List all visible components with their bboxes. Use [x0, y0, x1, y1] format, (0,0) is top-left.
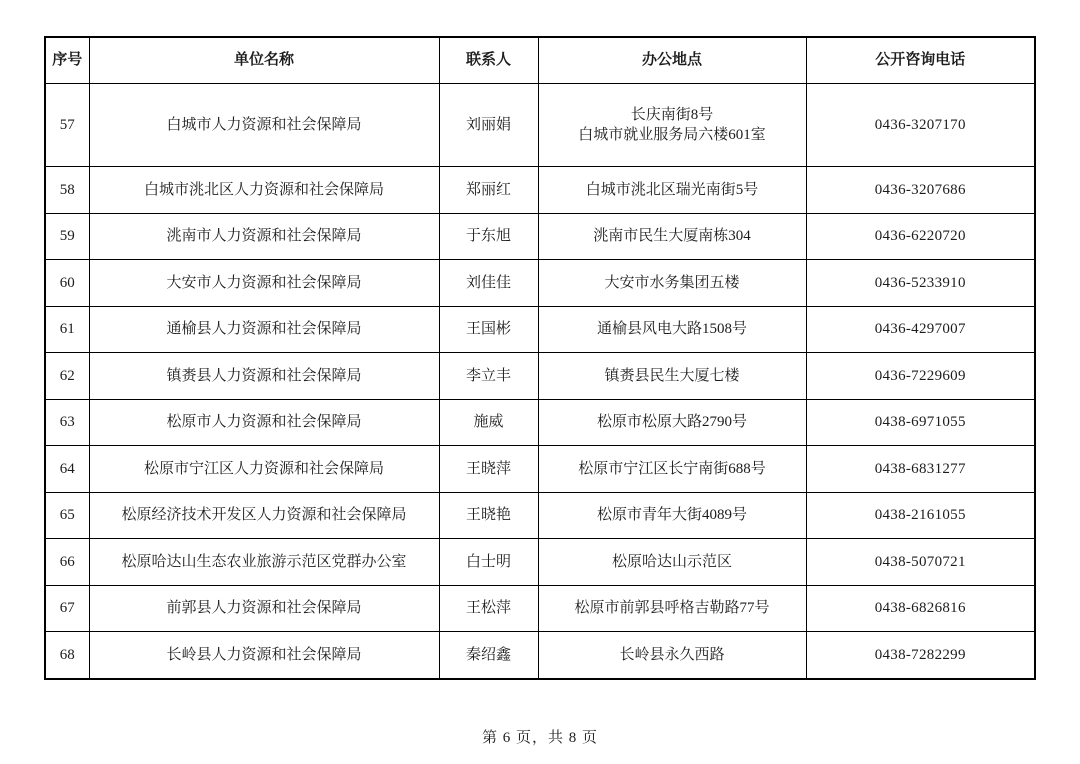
row-no-cell: 61: [45, 306, 89, 352]
table-row: 67前郭县人力资源和社会保障局王松萍松原市前郭县呼格吉勒路77号0438-682…: [45, 585, 1035, 631]
row-no-cell: 65: [45, 492, 89, 538]
contact-person-cell: 王晓艳: [439, 492, 538, 538]
contact-person-cell: 秦绍鑫: [439, 632, 538, 679]
phone-cell: 0438-6826816: [806, 585, 1035, 631]
contact-person-cell: 王晓萍: [439, 446, 538, 492]
office-address-cell: 大安市水务集团五楼: [538, 260, 806, 306]
office-address-cell: 镇赉县民生大厦七楼: [538, 353, 806, 399]
phone-cell: 0436-6220720: [806, 213, 1035, 259]
table-row: 60大安市人力资源和社会保障局刘佳佳大安市水务集团五楼0436-5233910: [45, 260, 1035, 306]
phone-cell: 0436-4297007: [806, 306, 1035, 352]
document-page: 序号 单位名称 联系人 办公地点 公开咨询电话 57白城市人力资源和社会保障局刘…: [0, 0, 1080, 764]
header-no: 序号: [45, 37, 89, 83]
table-row: 63松原市人力资源和社会保障局施威松原市松原大路2790号0438-697105…: [45, 399, 1035, 445]
phone-cell: 0438-6831277: [806, 446, 1035, 492]
contact-person-cell: 施威: [439, 399, 538, 445]
unit-name-cell: 前郭县人力资源和社会保障局: [89, 585, 439, 631]
office-address-cell: 洮南市民生大厦南栋304: [538, 213, 806, 259]
unit-name-cell: 松原经济技术开发区人力资源和社会保障局: [89, 492, 439, 538]
row-no-cell: 57: [45, 83, 89, 167]
contact-person-cell: 王松萍: [439, 585, 538, 631]
office-address-cell: 松原市宁江区长宁南街688号: [538, 446, 806, 492]
office-address-cell: 通榆县风电大路1508号: [538, 306, 806, 352]
phone-cell: 0436-3207170: [806, 83, 1035, 167]
contact-person-cell: 白士明: [439, 539, 538, 585]
office-address-cell: 长岭县永久西路: [538, 632, 806, 679]
contact-directory-table: 序号 单位名称 联系人 办公地点 公开咨询电话 57白城市人力资源和社会保障局刘…: [44, 36, 1036, 680]
table-row: 64松原市宁江区人力资源和社会保障局王晓萍松原市宁江区长宁南街688号0438-…: [45, 446, 1035, 492]
unit-name-cell: 洮南市人力资源和社会保障局: [89, 213, 439, 259]
table-row: 61通榆县人力资源和社会保障局王国彬通榆县风电大路1508号0436-42970…: [45, 306, 1035, 352]
unit-name-cell: 松原哈达山生态农业旅游示范区党群办公室: [89, 539, 439, 585]
row-no-cell: 66: [45, 539, 89, 585]
header-unit-name: 单位名称: [89, 37, 439, 83]
row-no-cell: 68: [45, 632, 89, 679]
office-address-cell: 松原市前郭县呼格吉勒路77号: [538, 585, 806, 631]
header-public-phone: 公开咨询电话: [806, 37, 1035, 83]
row-no-cell: 62: [45, 353, 89, 399]
table-row: 62镇赉县人力资源和社会保障局李立丰镇赉县民生大厦七楼0436-7229609: [45, 353, 1035, 399]
table-header-row: 序号 单位名称 联系人 办公地点 公开咨询电话: [45, 37, 1035, 83]
phone-cell: 0438-2161055: [806, 492, 1035, 538]
office-address-cell: 松原市青年大街4089号: [538, 492, 806, 538]
office-address-cell: 松原哈达山示范区: [538, 539, 806, 585]
row-no-cell: 60: [45, 260, 89, 306]
unit-name-cell: 大安市人力资源和社会保障局: [89, 260, 439, 306]
table-row: 59洮南市人力资源和社会保障局于东旭洮南市民生大厦南栋3040436-62207…: [45, 213, 1035, 259]
phone-cell: 0436-7229609: [806, 353, 1035, 399]
page-number-footer: 第 6 页，共 8 页: [0, 726, 1080, 747]
unit-name-cell: 松原市宁江区人力资源和社会保障局: [89, 446, 439, 492]
contact-person-cell: 郑丽红: [439, 167, 538, 213]
table-row: 57白城市人力资源和社会保障局刘丽娟长庆南街8号白城市就业服务局六楼601室04…: [45, 83, 1035, 167]
contact-person-cell: 刘佳佳: [439, 260, 538, 306]
unit-name-cell: 白城市洮北区人力资源和社会保障局: [89, 167, 439, 213]
row-no-cell: 63: [45, 399, 89, 445]
header-contact-person: 联系人: [439, 37, 538, 83]
phone-cell: 0436-5233910: [806, 260, 1035, 306]
office-address-cell: 松原市松原大路2790号: [538, 399, 806, 445]
row-no-cell: 58: [45, 167, 89, 213]
unit-name-cell: 通榆县人力资源和社会保障局: [89, 306, 439, 352]
unit-name-cell: 白城市人力资源和社会保障局: [89, 83, 439, 167]
table-row: 68长岭县人力资源和社会保障局秦绍鑫长岭县永久西路0438-7282299: [45, 632, 1035, 679]
row-no-cell: 64: [45, 446, 89, 492]
contact-person-cell: 李立丰: [439, 353, 538, 399]
row-no-cell: 59: [45, 213, 89, 259]
office-address-cell: 白城市洮北区瑞光南街5号: [538, 167, 806, 213]
unit-name-cell: 松原市人力资源和社会保障局: [89, 399, 439, 445]
phone-cell: 0438-6971055: [806, 399, 1035, 445]
unit-name-cell: 长岭县人力资源和社会保障局: [89, 632, 439, 679]
office-address-cell: 长庆南街8号白城市就业服务局六楼601室: [538, 83, 806, 167]
table-row: 58白城市洮北区人力资源和社会保障局郑丽红白城市洮北区瑞光南街5号0436-32…: [45, 167, 1035, 213]
phone-cell: 0438-5070721: [806, 539, 1035, 585]
header-office-address: 办公地点: [538, 37, 806, 83]
phone-cell: 0436-3207686: [806, 167, 1035, 213]
phone-cell: 0438-7282299: [806, 632, 1035, 679]
table-row: 66松原哈达山生态农业旅游示范区党群办公室白士明松原哈达山示范区0438-507…: [45, 539, 1035, 585]
table-row: 65松原经济技术开发区人力资源和社会保障局王晓艳松原市青年大街4089号0438…: [45, 492, 1035, 538]
contact-person-cell: 王国彬: [439, 306, 538, 352]
row-no-cell: 67: [45, 585, 89, 631]
unit-name-cell: 镇赉县人力资源和社会保障局: [89, 353, 439, 399]
contact-person-cell: 于东旭: [439, 213, 538, 259]
contact-person-cell: 刘丽娟: [439, 83, 538, 167]
